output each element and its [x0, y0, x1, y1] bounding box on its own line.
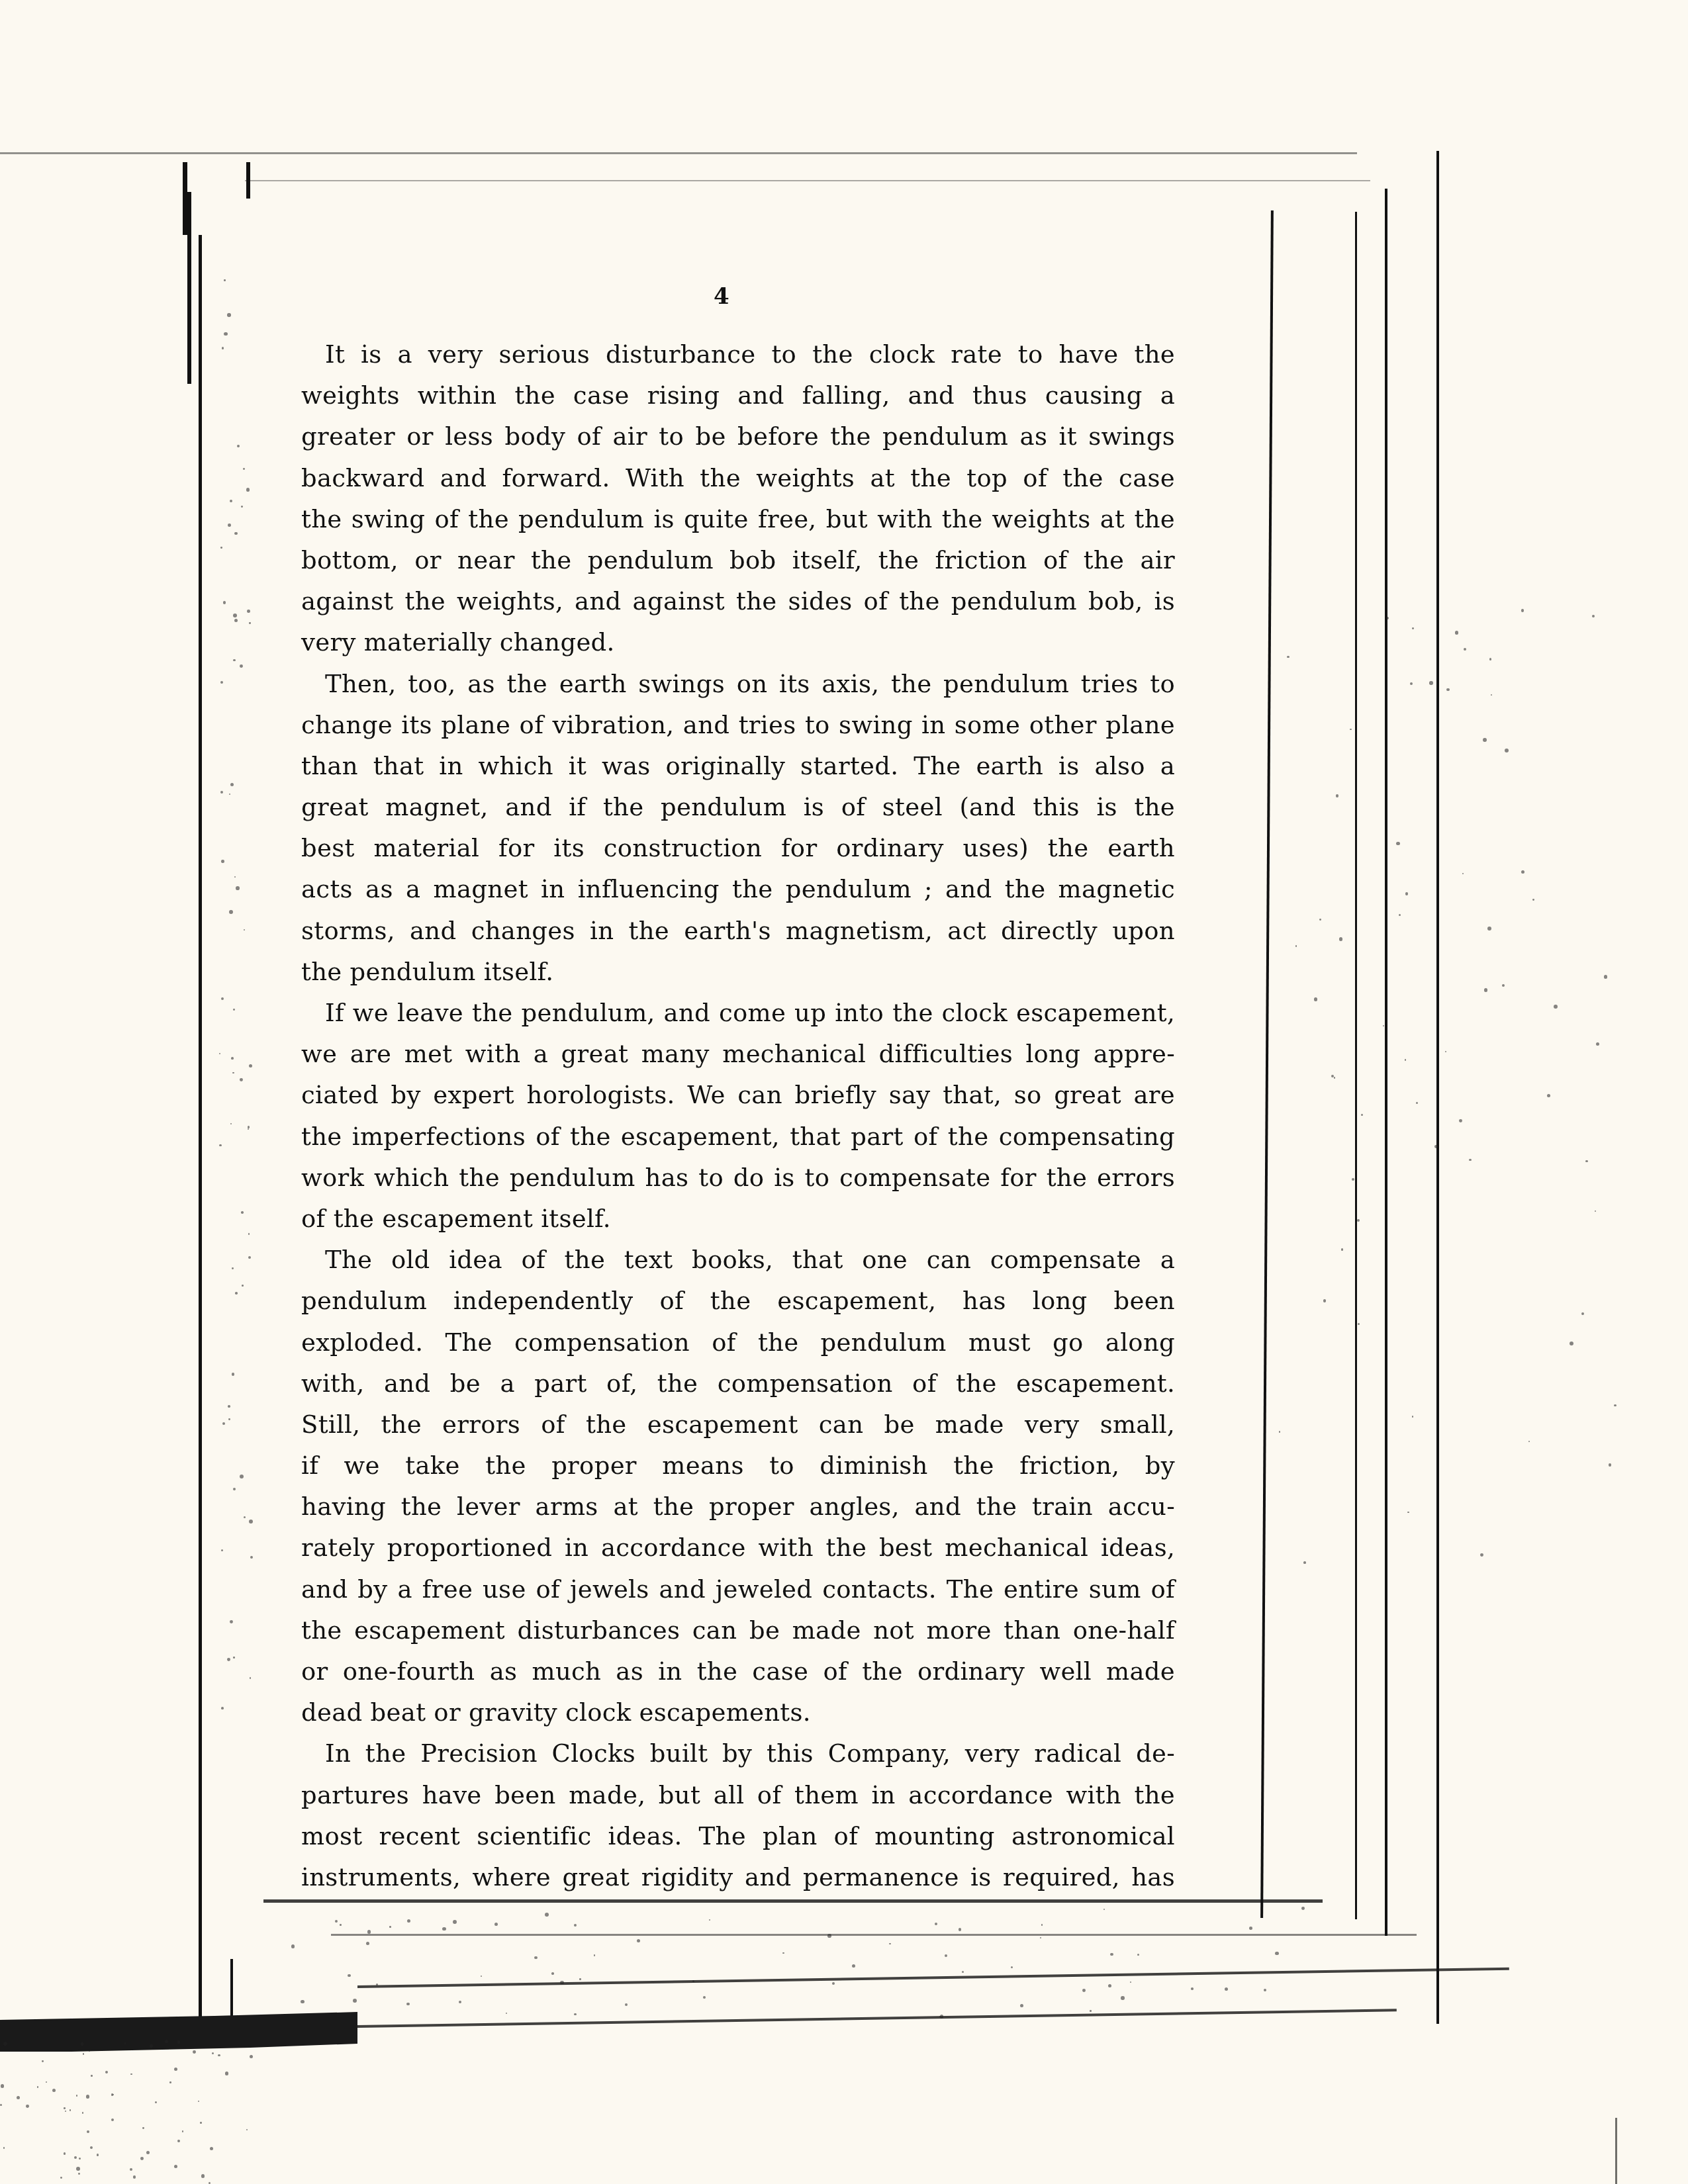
text-line: we are met with a great many mechanical … — [301, 1034, 1175, 1075]
copy-speckle — [1532, 899, 1534, 901]
text-line: having the lever arms at the proper angl… — [301, 1486, 1175, 1527]
copy-speckle — [340, 1924, 342, 1926]
copy-speckle — [335, 1920, 338, 1923]
copy-speckle — [87, 2130, 89, 2133]
copy-speckle — [89, 2050, 90, 2052]
copy-speckle — [37, 2086, 39, 2088]
copy-speckle — [1323, 1299, 1326, 1302]
text-line: partures have been made, but all of them… — [301, 1775, 1175, 1816]
copy-speckle — [935, 1923, 937, 1925]
text-line: dead beat or gravity clock escapements. — [301, 1692, 1175, 1733]
copy-speckle — [945, 1954, 947, 1957]
copy-speckle — [249, 1520, 253, 1524]
copy-speckle — [506, 2013, 507, 2014]
copy-speckle — [406, 2003, 410, 2006]
copy-speckle — [1319, 919, 1321, 921]
copy-speckle — [228, 1405, 230, 1408]
copy-speckle — [1191, 1987, 1194, 1990]
copy-speckle — [494, 1923, 498, 1926]
copy-speckle — [459, 2001, 461, 2003]
copy-speckle — [1581, 1312, 1584, 1315]
copy-speckle — [1357, 1219, 1360, 1222]
copy-speckle — [1487, 927, 1491, 931]
text-line: of the escapement itself. — [301, 1199, 1175, 1240]
copy-speckle — [241, 506, 243, 508]
copy-speckle — [1110, 1953, 1113, 1956]
copy-speckle — [232, 1373, 234, 1375]
copy-speckle — [229, 794, 230, 795]
copy-speckle — [1446, 688, 1450, 692]
copy-speckle — [146, 2151, 150, 2154]
copy-speckle — [1011, 1966, 1013, 1968]
copy-speckle — [248, 1128, 249, 1130]
copy-edge-bottom-3 — [357, 1968, 1509, 1988]
copy-speckle — [962, 1971, 964, 1973]
copy-speckle — [246, 2129, 248, 2130]
copy-speckle — [219, 1144, 221, 1146]
copy-speckle — [389, 1926, 391, 1927]
copy-edge-left-main — [199, 235, 202, 2022]
copy-speckle — [1483, 738, 1487, 742]
copy-speckle — [64, 2107, 65, 2109]
text-line: best material for its construction for o… — [301, 828, 1175, 869]
copy-speckle — [174, 2068, 177, 2071]
copy-speckle — [1339, 937, 1342, 940]
copy-speckle — [1554, 1005, 1558, 1009]
copy-speckle — [1279, 1431, 1281, 1433]
text-line: and by a free use of jewels and jeweled … — [301, 1569, 1175, 1610]
copy-speckle — [230, 783, 234, 786]
copy-speckle — [1407, 1512, 1409, 1514]
copy-edge-left-2 — [246, 162, 250, 199]
copy-speckle — [1484, 988, 1488, 992]
copy-speckle — [1137, 1954, 1140, 1956]
copy-speckle — [301, 2000, 305, 2004]
copy-edge-right-1 — [1260, 210, 1274, 1918]
copy-edge-right-4 — [1436, 151, 1439, 2024]
copy-speckle — [1295, 945, 1297, 947]
paragraph: The old idea of the text books, that one… — [301, 1240, 1175, 1733]
copy-speckle — [1502, 984, 1505, 987]
copy-speckle — [1455, 631, 1459, 635]
text-line: storms, and changes in the earth's magne… — [301, 911, 1175, 952]
copy-speckle — [64, 2152, 66, 2155]
copy-speckle — [1412, 1416, 1413, 1417]
copy-speckle — [198, 2101, 199, 2102]
copy-speckle — [959, 1928, 962, 1931]
copy-speckle — [155, 2101, 157, 2103]
copy-speckle — [26, 2105, 29, 2108]
copy-speckle — [221, 860, 224, 862]
copy-speckle — [545, 1913, 549, 1917]
copy-speckle — [551, 1972, 554, 1975]
copy-speckle — [210, 2147, 213, 2150]
copy-speckle — [111, 2093, 114, 2096]
copy-speckle — [222, 1422, 225, 1425]
copy-speckle — [1462, 873, 1464, 874]
copy-speckle — [453, 1920, 457, 1924]
copy-edge-right-3 — [1385, 189, 1387, 1936]
copy-speckle — [1609, 1463, 1612, 1467]
text-line: change its plane of vibration, and tries… — [301, 705, 1175, 746]
copy-speckle — [1585, 1160, 1588, 1163]
text-line: the pendulum itself. — [301, 952, 1175, 993]
copy-speckle — [353, 1999, 357, 2003]
copy-speckle — [1480, 1553, 1483, 1557]
page-number: 4 — [714, 283, 729, 310]
copy-speckle — [142, 2127, 144, 2129]
copy-speckle — [227, 313, 231, 317]
text-line: than that in which it was originally sta… — [301, 746, 1175, 787]
copy-edge-top — [0, 152, 1357, 154]
text-line: if we take the proper means to diminish … — [301, 1445, 1175, 1486]
copy-speckle — [228, 523, 231, 527]
copy-speckle — [97, 2154, 99, 2156]
copy-speckle — [250, 1556, 253, 1559]
paragraph: In the Precision Clocks built by this Co… — [301, 1733, 1175, 1898]
copy-speckle — [241, 1211, 244, 1214]
copy-speckle — [1399, 914, 1401, 916]
copy-speckle — [1412, 627, 1414, 629]
copy-speckle — [1405, 892, 1409, 895]
copy-speckle — [42, 2060, 44, 2062]
copy-speckle — [243, 468, 245, 470]
body-text: It is a very serious disturbance to the … — [301, 334, 1175, 1898]
copy-edge-top-inner — [245, 180, 1370, 181]
copy-speckle — [111, 2118, 114, 2121]
text-line: It is a very serious disturbance to the … — [301, 334, 1175, 375]
copy-speckle — [230, 1123, 232, 1124]
copy-speckle — [232, 1267, 234, 1269]
text-line: weights within the case rising and falli… — [301, 375, 1175, 416]
copy-speckle — [1103, 1909, 1105, 1910]
copy-speckle — [1301, 1907, 1305, 1910]
copy-speckle — [224, 279, 226, 281]
copy-speckle — [240, 1475, 244, 1479]
copy-speckle — [579, 1978, 581, 1980]
text-line: most recent scientific ideas. The plan o… — [301, 1816, 1175, 1857]
paragraph: Then, too, as the earth swings on its ax… — [301, 664, 1175, 993]
copy-speckle — [193, 2050, 196, 2054]
copy-speckle — [130, 2073, 132, 2075]
text-line: The old idea of the text books, that one… — [301, 1240, 1175, 1281]
copy-edge-left-1 — [183, 162, 187, 235]
copy-speckle — [220, 681, 223, 684]
copy-speckle — [234, 619, 238, 623]
copy-speckle — [221, 1707, 224, 1709]
copy-speckle — [82, 2112, 84, 2114]
copy-speckle — [233, 614, 237, 617]
copy-speckle — [1521, 870, 1524, 874]
copy-speckle — [200, 2122, 202, 2124]
paragraph: It is a very serious disturbance to the … — [301, 334, 1175, 664]
copy-speckle — [1570, 1342, 1573, 1345]
copy-speckle — [1489, 658, 1491, 660]
copy-speckle — [442, 1927, 446, 1931]
copy-speckle — [1596, 1042, 1599, 1046]
copy-speckle — [1020, 2004, 1023, 2007]
copy-speckle — [560, 1981, 563, 1984]
text-line: Still, the errors of the escapement can … — [301, 1404, 1175, 1445]
copy-speckle — [250, 1677, 251, 1678]
copy-speckle — [201, 2174, 205, 2178]
copy-speckle — [0, 2104, 2, 2106]
text-line: If we leave the pendulum, and come up in… — [301, 993, 1175, 1034]
copy-speckle — [1041, 1924, 1043, 1925]
copy-speckle — [222, 347, 224, 349]
copy-edge-bottom-4 — [357, 2009, 1397, 2028]
copy-speckle — [1, 2084, 5, 2088]
copy-speckle — [86, 2095, 89, 2098]
copy-speckle — [240, 664, 243, 668]
copy-speckle — [1130, 1981, 1132, 1983]
copy-edge-shadow — [0, 2012, 357, 2052]
copy-speckle — [133, 2175, 136, 2178]
copy-speckle — [235, 1292, 238, 1295]
paragraph: If we leave the pendulum, and come up in… — [301, 993, 1175, 1240]
copy-speckle — [1121, 1996, 1124, 1999]
copy-speckle — [3, 2147, 5, 2149]
copy-speckle — [74, 2156, 77, 2159]
text-line: bottom, or near the pendulum bob itself,… — [301, 540, 1175, 581]
copy-speckle — [169, 2081, 171, 2083]
copy-speckle — [1275, 1952, 1278, 1955]
copy-speckle — [1396, 842, 1400, 846]
copy-speckle — [209, 2182, 211, 2184]
copy-speckle — [1108, 1984, 1111, 1987]
copy-speckle — [224, 332, 227, 336]
copy-speckle — [366, 1942, 369, 1945]
copy-edge-bottom-1 — [263, 1899, 1323, 1903]
copy-speckle — [212, 2052, 214, 2055]
copy-speckle — [234, 532, 237, 535]
copy-speckle — [248, 1233, 250, 1234]
copy-speckle — [1405, 1059, 1406, 1060]
copy-speckle — [105, 2071, 108, 2073]
copy-speckle — [182, 2130, 184, 2132]
copy-speckle — [1336, 794, 1339, 797]
copy-speckle — [233, 1657, 234, 1658]
copy-speckle — [1040, 1937, 1041, 1938]
copy-speckle — [348, 1974, 350, 1977]
copy-speckle — [703, 1996, 706, 1999]
copy-speckle — [221, 1549, 223, 1551]
copy-speckle — [1314, 997, 1318, 1001]
copy-speckle — [227, 1658, 230, 1661]
copy-speckle — [52, 2089, 56, 2092]
text-line: backward and forward. With the weights a… — [301, 458, 1175, 499]
copy-speckle — [1614, 1404, 1616, 1406]
copy-speckle — [1528, 1441, 1530, 1443]
copy-speckle — [244, 929, 245, 931]
copy-speckle — [231, 1057, 234, 1060]
copy-speckle — [174, 2165, 178, 2169]
copy-speckle — [827, 1934, 831, 1938]
copy-speckle — [250, 2055, 253, 2058]
copy-speckle — [889, 1943, 890, 1944]
copy-speckle — [1491, 694, 1492, 696]
copy-speckle — [60, 2177, 62, 2179]
copy-speckle — [233, 1009, 235, 1011]
copy-speckle — [367, 1930, 371, 1934]
copy-speckle — [218, 2054, 220, 2057]
copy-speckle — [782, 1952, 784, 1954]
copy-speckle — [1352, 1178, 1354, 1181]
copy-speckle — [852, 1964, 856, 1968]
copy-speckle — [249, 622, 250, 623]
copy-speckle — [1303, 1561, 1306, 1564]
copy-speckle — [1595, 1210, 1597, 1212]
copy-speckle — [225, 2071, 229, 2075]
copy-speckle — [229, 910, 233, 914]
copy-speckle — [233, 659, 236, 662]
copy-speckle — [83, 2053, 84, 2054]
copy-speckle — [1090, 2010, 1091, 2011]
copy-speckle — [70, 2109, 71, 2111]
copy-speckle — [1082, 1989, 1086, 1992]
copy-speckle — [832, 1982, 835, 1985]
copy-speckle — [177, 2140, 180, 2142]
text-line: with, and be a part of, the compensation… — [301, 1363, 1175, 1404]
copy-edge-right-2 — [1355, 212, 1357, 1919]
copy-speckle — [79, 2158, 81, 2160]
copy-speckle — [625, 2003, 628, 2006]
copy-speckle — [246, 488, 250, 491]
copy-speckle — [1383, 1025, 1384, 1026]
text-line: exploded. The compensation of the pendul… — [301, 1322, 1175, 1363]
copy-speckle — [1287, 656, 1289, 658]
copy-speckle — [234, 876, 236, 878]
copy-speckle — [221, 997, 224, 1001]
text-line: against the weights, and against the sid… — [301, 581, 1175, 622]
copy-speckle — [130, 2168, 132, 2171]
copy-speckle — [140, 2157, 144, 2160]
copy-speckle — [46, 2081, 47, 2083]
copy-speckle — [1459, 1119, 1462, 1122]
text-line: or one-fourth as much as in the case of … — [301, 1651, 1175, 1692]
copy-speckle — [534, 1956, 537, 1959]
copy-speckle — [1445, 1051, 1446, 1052]
copy-speckle — [574, 2013, 577, 2016]
copy-speckle — [247, 610, 250, 613]
copy-edge-bottom-2 — [331, 1934, 1417, 1936]
copy-speckle — [594, 1954, 595, 1956]
copy-speckle — [232, 1072, 234, 1074]
text-line: In the Precision Clocks built by this Co… — [301, 1733, 1175, 1774]
copy-speckle — [1334, 1077, 1335, 1078]
copy-speckle — [17, 2096, 20, 2099]
text-line: the imperfections of the escapement, tha… — [301, 1116, 1175, 1158]
copy-speckle — [242, 1285, 244, 1287]
text-line: the swing of the pendulum is quite free,… — [301, 499, 1175, 540]
copy-speckle — [1410, 682, 1413, 685]
copy-speckle — [1350, 729, 1351, 730]
copy-speckle — [1225, 1987, 1228, 1991]
copy-speckle — [219, 1053, 220, 1054]
copy-speckle — [76, 2167, 80, 2171]
copy-speckle — [481, 1976, 482, 1977]
copy-speckle — [220, 791, 223, 794]
text-line: great magnet, and if the pendulum is of … — [301, 787, 1175, 828]
copy-speckle — [1361, 1114, 1363, 1116]
copy-speckle — [236, 886, 240, 890]
text-line: pendulum independently of the escapement… — [301, 1281, 1175, 1322]
copy-speckle — [65, 2111, 66, 2112]
text-line: ciated by expert horologists. We can bri… — [301, 1075, 1175, 1116]
text-line: instruments, where great rigidity and pe… — [301, 1857, 1175, 1898]
copy-speckle — [249, 1064, 252, 1068]
copy-speckle — [291, 1944, 295, 1948]
copy-speckle — [1341, 1248, 1344, 1251]
copy-edge-left-3 — [187, 192, 191, 384]
text-line: greater or less body of air to be before… — [301, 416, 1175, 457]
copy-speckle — [230, 500, 232, 502]
copy-speckle — [220, 547, 222, 548]
text-line: the escapement disturbances can be made … — [301, 1610, 1175, 1651]
copy-speckle — [90, 2146, 93, 2150]
copy-speckle — [1547, 1094, 1550, 1097]
copy-speckle — [237, 445, 240, 447]
copy-speckle — [1604, 975, 1608, 979]
copy-speckle — [1521, 609, 1524, 612]
copy-speckle — [1416, 1102, 1418, 1104]
copy-speckle — [1592, 615, 1595, 617]
copy-speckle — [223, 601, 226, 604]
copy-speckle — [1464, 648, 1466, 651]
copy-speckle — [230, 1620, 233, 1623]
copy-speckle — [637, 1939, 640, 1942]
copy-speckle — [1469, 1159, 1471, 1161]
copy-speckle — [248, 1126, 250, 1128]
copy-speckle — [1386, 617, 1389, 619]
text-line: acts as a magnet in influencing the pend… — [301, 869, 1175, 910]
copy-speckle — [240, 1078, 243, 1081]
copy-speckle — [709, 1919, 710, 1921]
copy-speckle — [574, 1924, 577, 1927]
text-line: work which the pendulum has to do is to … — [301, 1158, 1175, 1199]
text-line: Then, too, as the earth swings on its ax… — [301, 664, 1175, 705]
copy-speckle — [78, 2173, 80, 2175]
copy-speckle — [233, 1488, 236, 1490]
copy-speckle — [1358, 1323, 1360, 1325]
copy-speckle — [248, 1256, 251, 1259]
text-line: very materially changed. — [301, 622, 1175, 663]
text-line: rately proportioned in accordance with t… — [301, 1527, 1175, 1569]
copy-speckle — [1505, 749, 1509, 752]
copy-speckle — [244, 1516, 246, 1518]
copy-edge-right-margin — [1615, 2118, 1617, 2184]
copy-speckle — [76, 2095, 78, 2097]
copy-speckle — [228, 1418, 230, 1420]
copy-speckle — [1429, 681, 1432, 684]
copy-speckle — [407, 1919, 410, 1923]
copy-speckle — [1264, 1989, 1266, 1991]
copy-speckle — [1249, 1927, 1252, 1930]
copy-speckle — [91, 2075, 93, 2077]
